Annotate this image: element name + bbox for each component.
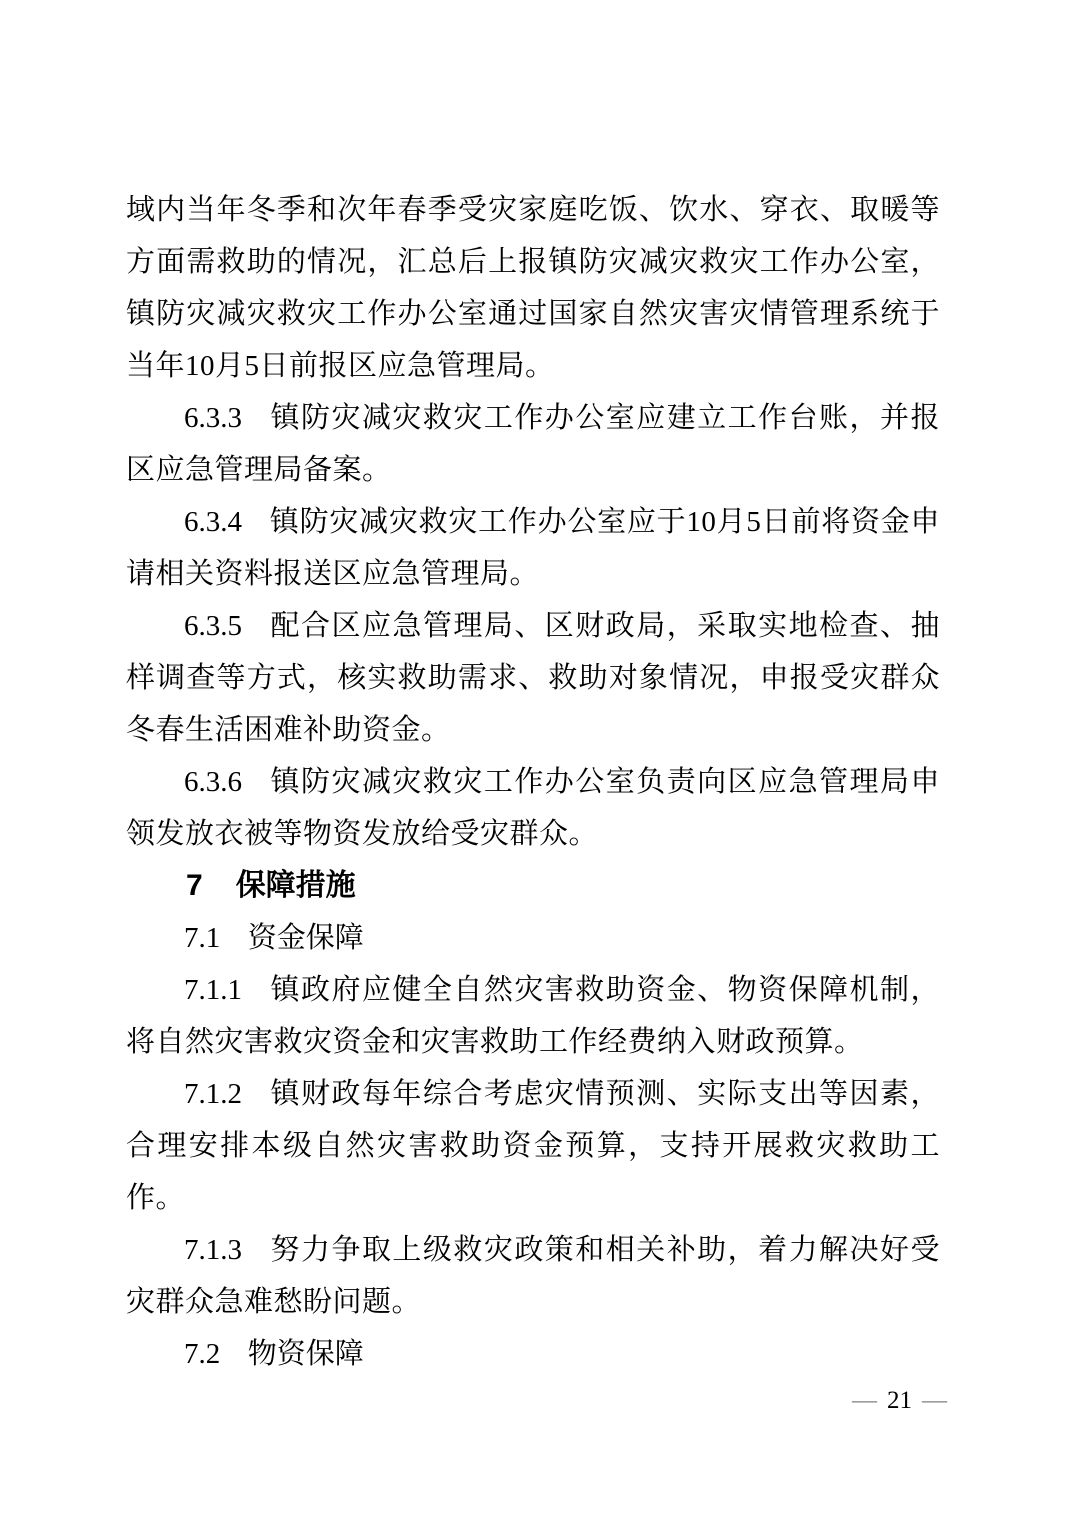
clause-number: 6.3.4: [184, 496, 242, 548]
clause-text: 镇防灾减灾救灾工作办公室应建立工作台账，并报区应急管理局备案。: [126, 402, 940, 486]
sub-heading-7-2: 7.2物资保障: [126, 1328, 940, 1380]
section-title: 保障措施: [236, 869, 356, 902]
section-number: 7: [186, 860, 203, 912]
clause-text: 镇财政每年综合考虑灾情预测、实际支出等因素，合理安排本级自然灾害救助资金预算，支…: [126, 1078, 940, 1214]
page-number: —21—: [852, 1386, 947, 1416]
clause-number: 6.3.3: [184, 392, 242, 444]
sub-heading-title: 资金保障: [248, 922, 364, 954]
clause-7-1-3: 7.1.3努力争取上级救灾政策和相关补助，着力解决好受灾群众急难愁盼问题。: [126, 1224, 940, 1328]
document-page: 域内当年冬季和次年春季受灾家庭吃饭、饮水、穿衣、取暖等方面需救助的情况，汇总后上…: [0, 0, 1074, 1520]
sub-heading-number: 7.2: [184, 1328, 220, 1380]
page-number-dash-right: —: [922, 1387, 947, 1414]
page-number-dash-left: —: [852, 1387, 877, 1414]
section-heading-7: 7保障措施: [126, 860, 940, 912]
document-body: 域内当年冬季和次年春季受灾家庭吃饭、饮水、穿衣、取暖等方面需救助的情况，汇总后上…: [126, 184, 940, 1380]
paragraph-continuation: 域内当年冬季和次年春季受灾家庭吃饭、饮水、穿衣、取暖等方面需救助的情况，汇总后上…: [126, 184, 940, 392]
page-number-value: 21: [887, 1387, 912, 1414]
sub-heading-title: 物资保障: [248, 1338, 364, 1370]
clause-number: 7.1.1: [184, 964, 242, 1016]
clause-text: 镇政府应健全自然灾害救助资金、物资保障机制，将自然灾害救灾资金和灾害救助工作经费…: [126, 974, 940, 1058]
clause-text: 镇防灾减灾救灾工作办公室负责向区应急管理局申领发放衣被等物资发放给受灾群众。: [126, 766, 940, 850]
clause-text: 努力争取上级救灾政策和相关补助，着力解决好受灾群众急难愁盼问题。: [126, 1234, 940, 1318]
clause-number: 6.3.5: [184, 600, 242, 652]
clause-number: 6.3.6: [184, 756, 242, 808]
clause-7-1-1: 7.1.1镇政府应健全自然灾害救助资金、物资保障机制，将自然灾害救灾资金和灾害救…: [126, 964, 940, 1068]
clause-number: 7.1.2: [184, 1068, 242, 1120]
clause-6-3-3: 6.3.3镇防灾减灾救灾工作办公室应建立工作台账，并报区应急管理局备案。: [126, 392, 940, 496]
clause-6-3-5: 6.3.5配合区应急管理局、区财政局，采取实地检查、抽样调查等方式，核实救助需求…: [126, 600, 940, 756]
clause-7-1-2: 7.1.2镇财政每年综合考虑灾情预测、实际支出等因素，合理安排本级自然灾害救助资…: [126, 1068, 940, 1224]
sub-heading-number: 7.1: [184, 912, 220, 964]
clause-text: 配合区应急管理局、区财政局，采取实地检查、抽样调查等方式，核实救助需求、救助对象…: [126, 610, 940, 746]
sub-heading-7-1: 7.1资金保障: [126, 912, 940, 964]
clause-text: 镇防灾减灾救灾工作办公室应于10月5日前将资金申请相关资料报送区应急管理局。: [126, 506, 940, 590]
clause-6-3-4: 6.3.4镇防灾减灾救灾工作办公室应于10月5日前将资金申请相关资料报送区应急管…: [126, 496, 940, 600]
clause-6-3-6: 6.3.6镇防灾减灾救灾工作办公室负责向区应急管理局申领发放衣被等物资发放给受灾…: [126, 756, 940, 860]
clause-number: 7.1.3: [184, 1224, 242, 1276]
